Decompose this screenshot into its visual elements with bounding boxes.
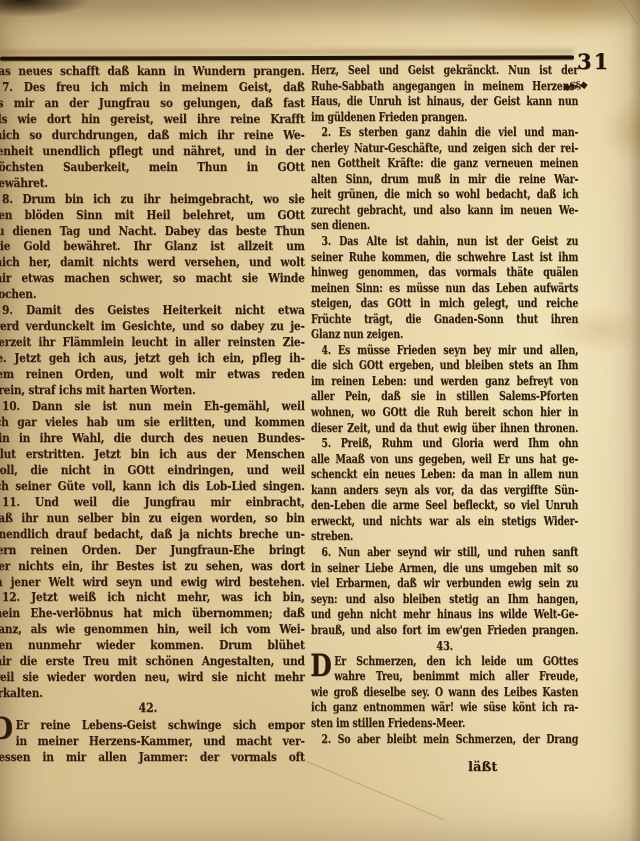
text-line: ich seiner Güte voll, kann ich dis Lob-L… <box>0 478 305 494</box>
text-line: im reinen Leben: und werden ganz befreyt… <box>311 374 578 390</box>
text-line: ich ganz entnommen wär! wie süse könt ic… <box>311 700 578 716</box>
text-line: seiner Ruhe kommen, die schwehre Last is… <box>311 250 578 266</box>
text-line: 6. Nun aber seynd wir still, und ruhen s… <box>311 545 578 561</box>
text-line: den-Leben die arme Seel befleckt, so vie… <box>311 498 578 514</box>
text-line: 11. Und weil die Jungfrau mir einbracht, <box>0 494 305 510</box>
paper-scratch <box>306 761 444 821</box>
text-line: sten im stillen Friedens-Meer. <box>311 716 578 732</box>
text-line: steigen, das GOtt in mich gelegt, und re… <box>311 296 578 312</box>
text-line: wohnen, wo GOtt die Ruh bereit schon hie… <box>311 405 578 421</box>
text-line: 8. Drum bin ich zu ihr heimgebracht, wo … <box>0 191 305 207</box>
text-line: 9. Damit des Geistes Heiterkeit nicht et… <box>0 302 305 318</box>
text-line: werd verdunckelt im Gesichte, und so dab… <box>0 318 305 334</box>
right-column: Herz, Seel und Geist gekränckt. Nun ist … <box>311 63 578 747</box>
text-line: und gehn nicht mehr hinaus ins wilde Wel… <box>311 607 578 623</box>
text-line: Herz, Seel und Geist gekränckt. Nun ist … <box>311 63 578 79</box>
text-line: mir etwas machen schwer, so macht sie Wi… <box>0 270 305 286</box>
text-line: kann anders seyn als vor, da das vergiff… <box>311 483 578 499</box>
text-line: Ruhe-Sabbath angegangen in meinem Herzen… <box>311 79 578 95</box>
text-line: zu dienen Tag und Nacht. Dabey das beste… <box>0 223 305 239</box>
text-line: Roll, die nicht in GOtt eindringen, und … <box>0 462 305 478</box>
text-line: bin in ihre Wahl, die durch des neuen Bu… <box>0 430 305 446</box>
book-page: 31 ◆S§◆ das neues schafft daß kann in Wu… <box>0 0 640 841</box>
text-line: rem reinen Orden, und wolt mir etwas red… <box>0 366 305 382</box>
text-line: gessen in mir allen Jammer: der vormals … <box>0 749 305 765</box>
text-line: in seiner Liebe Armen, die uns umgeben m… <box>311 561 578 577</box>
text-line: Haus, die Unruh ist hinaus, der Geist ka… <box>311 94 578 110</box>
text-line: nen nunmehr wieder kommen. Drum blühet <box>0 637 305 653</box>
text-line: gewähret. <box>0 175 305 191</box>
text-line: weil sie wieder worden neu, wird sie nic… <box>0 669 305 685</box>
text-line: erkalten. <box>0 685 305 701</box>
text-line: derzeit ihr Flämmlein leucht in aller re… <box>0 334 305 350</box>
text-line: nen Gottheit Kräfte: die ganz verneuen m… <box>311 156 578 172</box>
text-line: in meiner Herzens-Kammer, und macht ver- <box>0 733 305 749</box>
text-line: dieser Zeit, und da thut ewig über ihnen… <box>311 421 578 437</box>
catchword: läßt <box>468 760 497 775</box>
text-line: mich her, damit nichts werd versehen, un… <box>0 254 305 270</box>
text-line: unendlich drauf bedacht, daß ja nichts b… <box>0 526 305 542</box>
text-line: ganz, als wie genommen hin, weil ich vom… <box>0 621 305 637</box>
text-line: streben. <box>311 529 578 545</box>
text-line: mich so durchdrungen, daß mich ihr reine… <box>0 127 305 143</box>
paper-scratch <box>611 0 638 26</box>
left-column-text: das neues schafft daß kann in Wundern pr… <box>0 63 305 765</box>
text-line: senheit unendlich pflegt und nähret, und… <box>0 143 305 159</box>
top-rule <box>0 55 574 60</box>
text-line: als wie dort hin gereist, weil ihre rein… <box>0 111 305 127</box>
text-line: Blut erstritten. Jetzt bin ich aus der M… <box>0 446 305 462</box>
text-line: es mir an der Jungfrau so gelungen, daß … <box>0 95 305 111</box>
text-line: alle Maaß von uns gegeben, weil Er uns h… <box>311 452 578 468</box>
text-line: schenckt ein neues Leben: da man in alle… <box>311 467 578 483</box>
text-line: 4. Es müsse Frieden seyn bey mir und all… <box>311 343 578 359</box>
text-line: hinweg genommen, das vormals thäte quäle… <box>311 265 578 281</box>
text-line: viel Erbarmen, daß wir verbunden ewig se… <box>311 576 578 592</box>
text-line: sen dienen. <box>311 218 578 234</box>
text-line: der nichts ein, ihr Bestes ist zu sehen,… <box>0 558 305 574</box>
text-line: aller Pein, daß sie in stillen Salems-Pf… <box>311 389 578 405</box>
text-line: mein Ehe-verlöbnus hat mich übernommen; … <box>0 605 305 621</box>
text-line: 3. Das Alte ist dahin, nun ist der Geist… <box>311 234 578 250</box>
text-line: alten Sinn, drum muß in mir die reine Wa… <box>311 172 578 188</box>
text-line: wie Gold bewähret. Ihr Glanz ist allzeit… <box>0 238 305 254</box>
text-line: zurecht gebracht, und also kann im neuen… <box>311 203 578 219</box>
section-heading: 42. <box>0 701 305 717</box>
text-line: drein, straf ichs mit harten Worten. <box>0 382 305 398</box>
left-column: das neues schafft daß kann in Wundern pr… <box>0 63 305 765</box>
text-line: wie groß dieselbe sey. O wann des Leibes… <box>311 685 578 701</box>
text-line: sern reinen Orden. Der Jungfraun-Ehe bri… <box>0 542 305 558</box>
text-line: heit grünen, die mich so wohl bedacht, d… <box>311 187 578 203</box>
text-line: höchsten Sauberkeit, mein Thun in GOtt <box>0 159 305 175</box>
text-line: 12. Jetzt weiß ich nicht mehr, was ich b… <box>0 589 305 605</box>
text-line: Glanz nun zeigen. <box>311 327 578 343</box>
section-heading: 43. <box>311 638 578 654</box>
text-line: meinen Sinn: es müsse nun das Leben aufw… <box>311 281 578 297</box>
text-line: mir die erste Treu mit schönen Angestalt… <box>0 653 305 669</box>
text-line: im güldenen Frieden prangen. <box>311 110 578 126</box>
text-line: brauß, und also fort im ew'gen Frieden p… <box>311 623 578 639</box>
text-line: 2. Es sterben ganz dahin die viel und ma… <box>311 125 578 141</box>
page-number: 31 <box>577 49 610 74</box>
text-line: den blöden Sinn mit Heil belehret, um GO… <box>0 207 305 223</box>
text-line: die sich GOtt ergeben, und bleiben stets… <box>311 358 578 374</box>
text-line: Früchte trägt, die Gnaden-Sonn thut ihre… <box>311 312 578 328</box>
text-line: 5. Preiß, Ruhm und Gloria werd Ihm ohn <box>311 436 578 452</box>
text-line: seyn: und also bleiben stetig an Ihm han… <box>311 592 578 608</box>
text-line: DEr Schmerzen, den ich leide um GOttes <box>311 654 578 670</box>
text-line: erweckt, und nichts war als ein stetigs … <box>311 514 578 530</box>
text-line: DEr reine Lebens-Geist schwinge sich emp… <box>0 717 305 733</box>
text-line: in jener Welt wird seyn und ewig wird be… <box>0 574 305 590</box>
text-line: wahre Treu, benimmt mich aller Freude, <box>311 669 578 685</box>
text-line: re. Jetzt geh ich aus, jetzt geh ich ein… <box>0 350 305 366</box>
text-line: ich gar vieles hab um sie erlitten, und … <box>0 414 305 430</box>
text-line: pochen. <box>0 286 305 302</box>
text-line: cherley Natur-Geschäfte, und zeigen sich… <box>311 141 578 157</box>
text-line: 7. Des freu ich mich in meinem Geist, da… <box>0 79 305 95</box>
text-line: das neues schafft daß kann in Wundern pr… <box>0 63 305 79</box>
text-line: 2. So aber bleibt mein Schmerzen, der Dr… <box>311 732 578 748</box>
right-column-text: Herz, Seel und Geist gekränckt. Nun ist … <box>311 63 578 747</box>
text-line: daß ihr nun selber bin zu eigen worden, … <box>0 510 305 526</box>
text-line: 10. Dann sie ist nun mein Eh-gemähl, wei… <box>0 398 305 414</box>
